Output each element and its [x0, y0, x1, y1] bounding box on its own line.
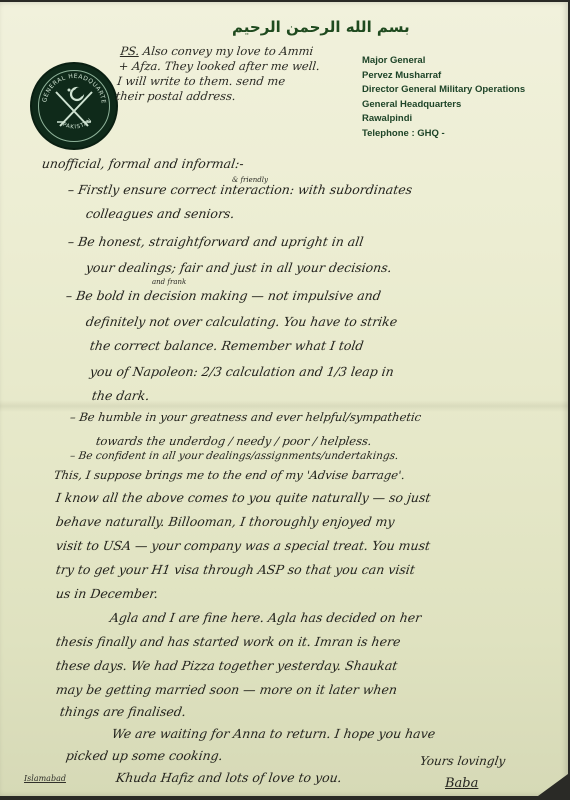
body-line: – Be honest, straightforward and upright… [67, 234, 364, 249]
body-line: I know all the above comes to you quite … [55, 490, 432, 505]
postscript-line: PS. Also convey my love to Ammi [120, 44, 358, 59]
crossed-swords-crescent-icon: GENERAL HEADQUARTERS PAKISTAN [32, 64, 116, 148]
postscript-line: + Afza. They looked after me well. [118, 59, 356, 74]
letterhead-city: Rawalpindi [362, 112, 525, 127]
body-line: visit to USA — your company was a specia… [55, 538, 431, 553]
body-line: these days. We had Pizza together yester… [55, 658, 399, 673]
body-line: definitely not over calculating. You hav… [85, 314, 398, 329]
bismillah-header: بسم الله الرحمن الرحيم [232, 18, 410, 36]
body-line: unofficial, formal and informal:- [41, 156, 245, 171]
letterhead-office: General Headquarters [362, 98, 525, 113]
body-line: This, I suppose brings me to the end of … [53, 468, 406, 482]
closing-salutation: Yours lovingly [419, 754, 506, 768]
body-line: the dark. [91, 388, 151, 403]
body-line: try to get your H1 visa through ASP so t… [55, 562, 416, 577]
body-line: – Be confident in all your dealings/assi… [69, 450, 399, 462]
postscript-label: PS. [120, 44, 140, 58]
body-line: the correct balance. Remember what I tol… [89, 338, 365, 353]
body-line: behave naturally. Billooman, I thoroughl… [55, 514, 396, 529]
footer-mark: Islamabad [24, 774, 66, 783]
body-line: Khuda Hafiz and lots of love to you. [115, 770, 343, 785]
letterhead-title: Director General Military Operations [362, 83, 525, 98]
postscript-line: their postal address. [115, 89, 353, 104]
body-line: your dealings; fair and just in all your… [85, 260, 393, 275]
body-line: – Be bold in decision making — not impul… [65, 288, 382, 303]
body-line: – Firstly ensure correct interaction: wi… [67, 182, 413, 197]
body-line: towards the underdog / needy / poor / he… [95, 434, 373, 448]
postscript: PS. Also convey my love to Ammi + Afza. … [115, 44, 357, 104]
signature: Baba [445, 776, 478, 791]
svg-text:GENERAL HEADQUARTERS: GENERAL HEADQUARTERS [32, 64, 107, 104]
body-line: you of Napoleon: 2/3 calculation and 1/3… [89, 364, 395, 379]
letter-page: بسم الله الرحمن الرحيم GENERAL HEADQUART… [0, 2, 568, 796]
body-line: picked up some cooking. [65, 748, 224, 763]
body-line: thesis finally and has started work on i… [55, 634, 402, 649]
body-line: colleagues and seniors. [85, 206, 236, 221]
body-line: We are waiting for Anna to return. I hop… [111, 726, 436, 741]
body-line: Agla and I are fine here. Agla has decid… [109, 610, 422, 625]
postscript-line: I will write to them. send me [116, 74, 354, 89]
letterhead-telephone: Telephone : GHQ - [362, 127, 525, 142]
body-line: – Be humble in your greatness and ever h… [69, 410, 422, 424]
body-line: may be getting married soon — more on it… [55, 682, 398, 697]
insertion-note: and frank [152, 278, 186, 286]
body-line: things are finalised. [59, 704, 187, 719]
letterhead-name: Pervez Musharraf [362, 69, 525, 84]
letterhead: Major General Pervez Musharraf Director … [362, 54, 525, 142]
ghq-pakistan-crest-icon: GENERAL HEADQUARTERS PAKISTAN [30, 62, 118, 150]
body-line: us in December. [55, 586, 159, 601]
letterhead-rank: Major General [362, 54, 525, 69]
corner-shadow [538, 774, 568, 796]
